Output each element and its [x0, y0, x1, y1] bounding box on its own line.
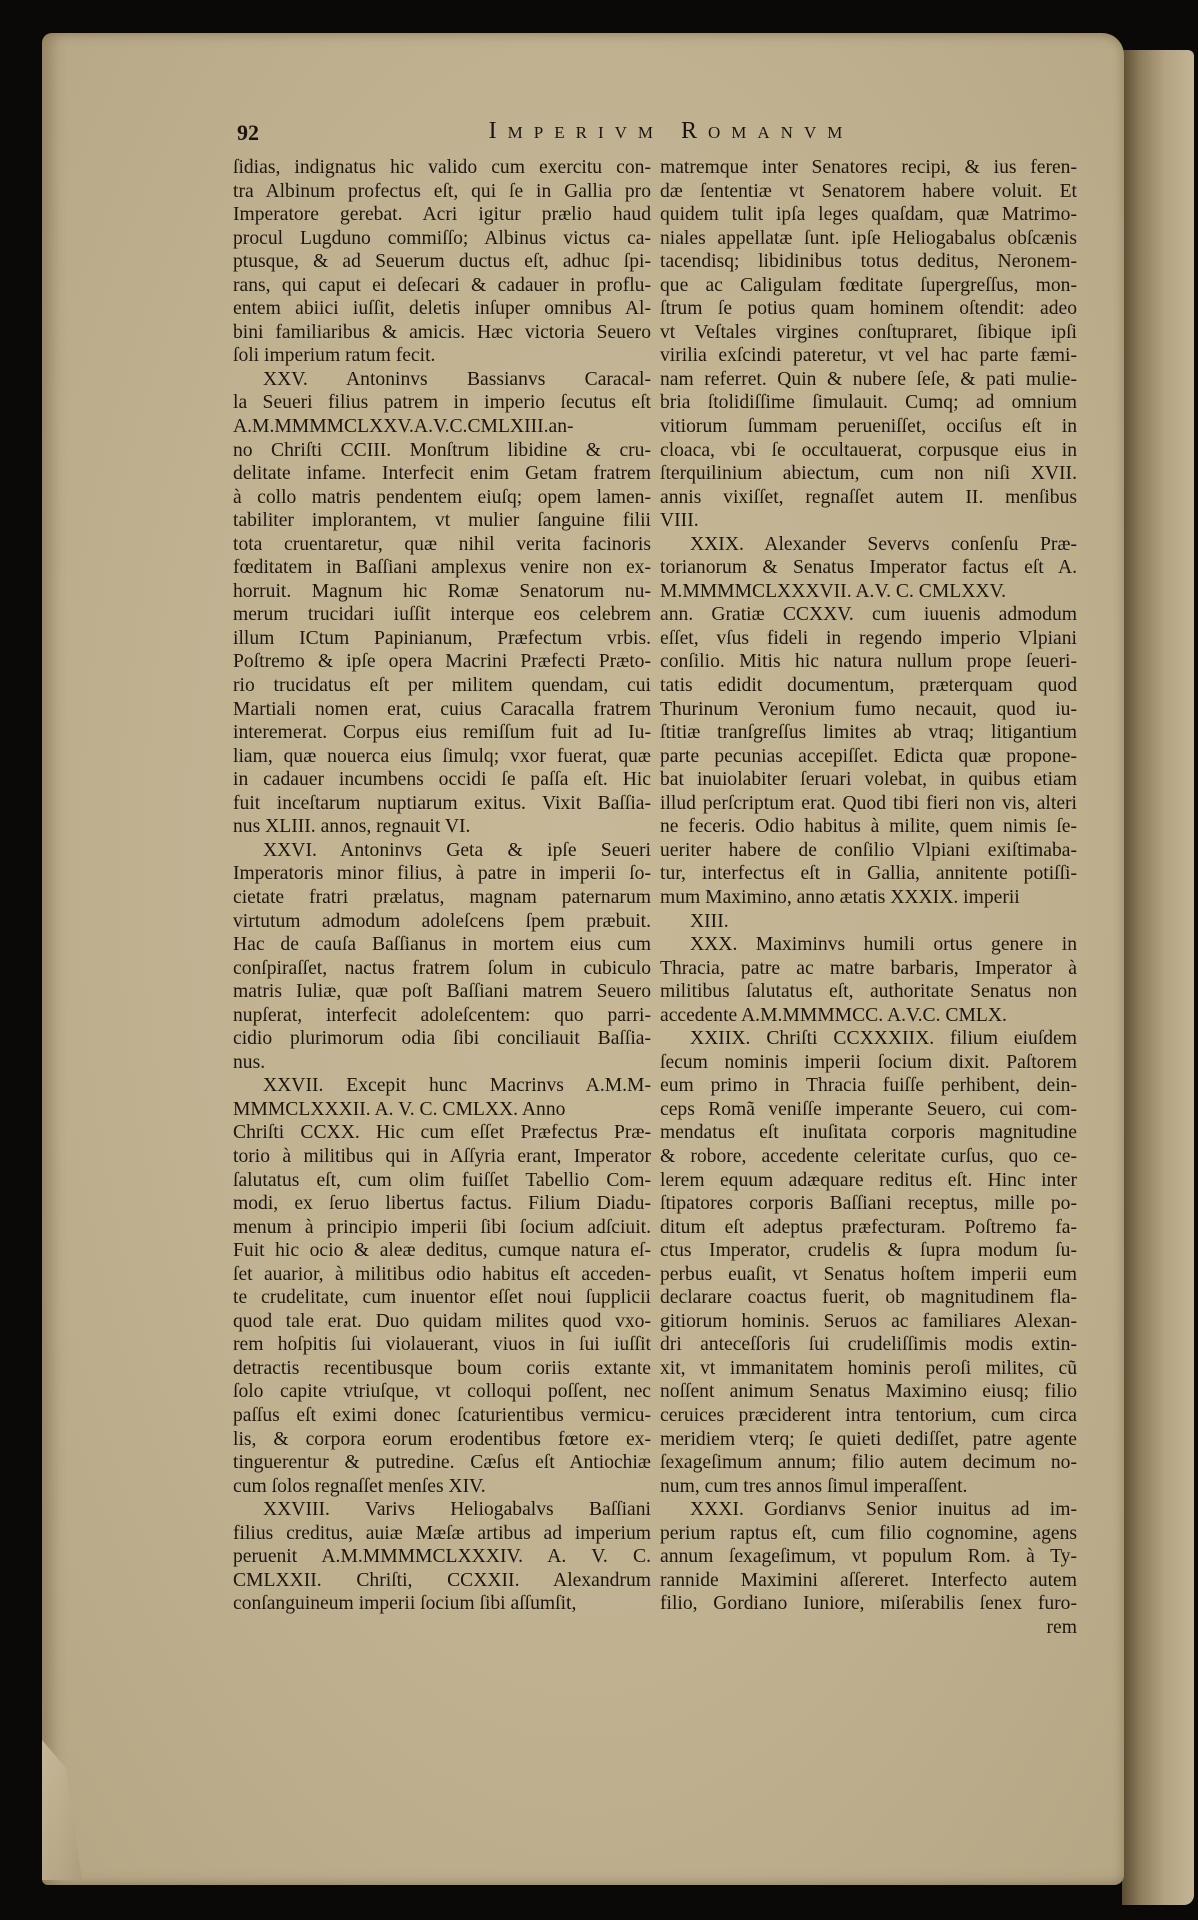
text-line: MMMCLXXXII. A. V. C. CMLXX. Anno [233, 1098, 651, 1122]
text-line: xit, vt immanitatem hominis peroſi milit… [660, 1357, 1077, 1381]
text-line: M.MMMMCLXXXVII. A.V. C. CMLXXV. [660, 580, 1077, 604]
text-line: ſterquilinium abiectum, cum non niſi XVI… [660, 462, 1077, 486]
text-line: perium raptus eſt, cum filio cognomine, … [660, 1522, 1077, 1546]
text-line: dæ ſententiæ vt Senatorem habere voluit.… [660, 180, 1077, 204]
text-line: ne feceris. Odio habitus à milite, quem … [660, 815, 1077, 839]
text-line: vt Veſtales virgines conſtupraret, ſibiq… [660, 321, 1077, 345]
text-line: illud perſcriptum erat. Quod tibi fieri … [660, 792, 1077, 816]
text-line: conſpiraſſet, nactus fratrem ſolum in cu… [233, 957, 651, 981]
text-line: liam, quæ nouerca eius ſimulq; vxor fuer… [233, 745, 651, 769]
right-column: matremque inter Senatores recipi, & ius … [660, 156, 1077, 1639]
text-line: gitiorum hominis. Seruos ac familiares A… [660, 1310, 1077, 1334]
text-line: no Chriſti CCIII. Monſtrum libidine & cr… [233, 439, 651, 463]
text-line: quod tale erat. Duo quidam milites quod … [233, 1310, 651, 1334]
text-line: Thurinum Veronium fumo necauit, quod iu- [660, 698, 1077, 722]
text-line: vitiorum ſummam perueniſſet, occiſus eſt… [660, 415, 1077, 439]
text-line: Thracia, patre ac matre barbaris, Impera… [660, 957, 1077, 981]
text-line: tinguerentur & putredine. Cæſus eſt Anti… [233, 1451, 651, 1475]
text-line: ſalutatus eſt, cum olim fuiſſet Tabellio… [233, 1169, 651, 1193]
text-line: eum primo in Thracia fuiſſe perhibent, d… [660, 1074, 1077, 1098]
text-line: XXIIX. Chriſti CCXXXIIX. filium eiuſdem [660, 1027, 1077, 1051]
text-line: tacendisq; libidinibus totus deditus, Ne… [660, 250, 1077, 274]
text-line: Fuit hic ocio & aleæ deditus, cumque nat… [233, 1239, 651, 1263]
text-line: modi, ex ſeruo libertus factus. Filium D… [233, 1192, 651, 1216]
text-line: conſanguineum imperii ſocium ſibi aſſumſ… [233, 1592, 651, 1616]
text-line: filio, Gordiano Iuniore, miſerabilis ſen… [660, 1592, 1077, 1616]
text-line: VIII. [660, 509, 1077, 533]
text-line: eſſet, vſus fideli in regendo imperio Vl… [660, 627, 1077, 651]
text-line: ſexageſimum annum; filio autem decimum n… [660, 1451, 1077, 1475]
text-line: cloaca, vbi ſe occultauerat, corpusque e… [660, 439, 1077, 463]
text-line: fœditatem in Baſſiani amplexus venire no… [233, 556, 651, 580]
text-line: torio à militibus qui in Aſſyria erant, … [233, 1145, 651, 1169]
text-line: ceruices præciderent intra tentorium, cu… [660, 1404, 1077, 1428]
text-line: Chriſti CCXX. Hic cum eſſet Præfectus Pr… [233, 1121, 651, 1145]
text-line: annum ſexageſimum, vt populum Rom. à Ty- [660, 1545, 1077, 1569]
text-line: ſtitiæ tranſgreſſus limites ab vtraq; li… [660, 721, 1077, 745]
text-line: bat inuiolabiter ſeruari volebat, in qui… [660, 768, 1077, 792]
text-line: ueriter habere de conſilio Vlpiani exiſt… [660, 839, 1077, 863]
text-line: ſecum nominis imperii ſocium dixit. Paſt… [660, 1051, 1077, 1075]
text-line: niales appellatæ ſunt. ipſe Heliogabalus… [660, 227, 1077, 251]
text-line: militibus ſalutatus eſt, authoritate Sen… [660, 980, 1077, 1004]
text-line: entem abiici iuſſit, deletis inſuper omn… [233, 297, 651, 321]
text-line: ſet auarior, à militibus odio habitus eſ… [233, 1263, 651, 1287]
text-line: filius creditus, auiæ Mæſæ artibus ad im… [233, 1522, 651, 1546]
next-page-edge [1122, 50, 1194, 1905]
text-line: ſoli imperium ratum fecit. [233, 344, 651, 368]
text-line: matremque inter Senatores recipi, & ius … [660, 156, 1077, 180]
text-line: bini familiaribus & amicis. Hæc victoria… [233, 321, 651, 345]
text-line: tatis edidit documentum, præterquam quod [660, 674, 1077, 698]
text-line: mendatus eſt inuſitata corporis magnitud… [660, 1121, 1077, 1145]
text-line: Hac de cauſa Baſſianus in mortem eius cu… [233, 933, 651, 957]
text-line: Poſtremo & ipſe opera Macrini Præfecti P… [233, 650, 651, 674]
text-line: perbus euaſit, vt Senatus hoſtem imperii… [660, 1263, 1077, 1287]
page-header: 92 Imperivm Romanvm [237, 120, 1075, 150]
text-line: Martiali nomen erat, cuius Caracalla fra… [233, 698, 651, 722]
text-line: ptusque, & ad Seuerum ductus eſt, adhuc … [233, 250, 651, 274]
text-line: fuit inceſtarum nuptiarum exitus. Vixit … [233, 792, 651, 816]
text-line: annis vixiſſet, regnaſſet autem II. menſ… [660, 486, 1077, 510]
text-line: ſidias, indignatus hic valido cum exerci… [233, 156, 651, 180]
text-line: tra Albinum profectus eſt, qui ſe in Gal… [233, 180, 651, 204]
text-line: meridiem vterq; ſe quieti dediſſet, patr… [660, 1428, 1077, 1452]
text-line: matris Iuliæ, quæ poſt Baſſiani matrem S… [233, 980, 651, 1004]
text-line: la Seueri filius patrem in imperio ſecut… [233, 391, 651, 415]
text-line: accedente A.M.MMMMCC. A.V.C. CMLX. [660, 1004, 1077, 1028]
text-line: ſtrum ſe potius quam hominem oſtendit: a… [660, 297, 1077, 321]
text-line: & robore, accedente celeritate curſus, q… [660, 1145, 1077, 1169]
text-line: interemerat. Corpus eius remiſſum fuit a… [233, 721, 651, 745]
text-line: torianorum & Senatus Imperator factus eſ… [660, 556, 1077, 580]
text-line: tur, interfectus eſt in Gallia, annitent… [660, 862, 1077, 886]
text-line: cum ſolos regnaſſet menſes XIV. [233, 1475, 651, 1499]
text-line: à collo matris pendentem eiuſq; opem lam… [233, 486, 651, 510]
text-line: noſſent animum Senatus Maximino eiusq; f… [660, 1380, 1077, 1404]
text-line: ann. Gratiæ CCXXV. cum iuuenis admodum [660, 603, 1077, 627]
text-line: ſolo capite vtriuſque, vt colloqui poſſe… [233, 1380, 651, 1404]
text-line: Imperatoris minor filius, à patre in imp… [233, 862, 651, 886]
text-line: illum ICtum Papinianum, Præfectum vrbis. [233, 627, 651, 651]
text-line: te crudelitate, cum inuentor eſſet noui … [233, 1286, 651, 1310]
text-line: tota cruentaretur, quæ nihil verita faci… [233, 533, 651, 557]
text-line: virilia exſcindi pateretur, vt vel hac p… [660, 344, 1077, 368]
text-line: rio trucidatus eſt per militem quendam, … [233, 674, 651, 698]
text-line: CMLXXII. Chriſti, CCXXII. Alexandrum [233, 1569, 651, 1593]
text-line: A.M.MMMMCLXXV.A.V.C.CMLXIII.an- [233, 415, 651, 439]
text-line: paſſus eſt eximi donec ſcaturientibus ve… [233, 1404, 651, 1428]
text-line: nus. [233, 1051, 651, 1075]
text-line: delitate infame. Interfecit enim Getam f… [233, 462, 651, 486]
text-line: conſilio. Mitis hic natura nullum prope … [660, 650, 1077, 674]
text-line: num, cum tres annos ſimul imperaſſent. [660, 1475, 1077, 1499]
text-line: tabiliter implorantem, vt mulier ſanguin… [233, 509, 651, 533]
text-line: menum à principio imperii ſibi ſocium ad… [233, 1216, 651, 1240]
text-line: lis, & corpora eorum erodentibus fœtore … [233, 1428, 651, 1452]
text-line: mum Maximino, anno ætatis XXXIX. imperii [660, 886, 1077, 910]
text-line: ctus Imperator, crudelis & ſupra modum ſ… [660, 1239, 1077, 1263]
text-line: XXVIII. Varivs Heliogabalvs Baſſiani [233, 1498, 651, 1522]
text-line: lerem equum adæquare reditus eſt. Hinc i… [660, 1169, 1077, 1193]
text-line: Imperatore gerebat. Acri igitur prælio h… [233, 203, 651, 227]
text-line: XXX. Maximinvs humili ortus genere in [660, 933, 1077, 957]
text-line: detractis recentibusque boum coriis exta… [233, 1357, 651, 1381]
text-line: nam referret. Quin & nubere ſeſe, & pati… [660, 368, 1077, 392]
text-line: ceps Romã veniſſe imperante Seuero, cui … [660, 1098, 1077, 1122]
text-line: dri anteceſſoris ſui crudeliſſimis modis… [660, 1333, 1077, 1357]
left-column: ſidias, indignatus hic valido cum exerci… [233, 156, 651, 1616]
text-line: merum trucidari iuſſit interque eos cele… [233, 603, 651, 627]
text-line: XXXI. Gordianvs Senior inuitus ad im- [660, 1498, 1077, 1522]
text-line: bria ſtolidiſſime ſimulauit. Cumq; ad om… [660, 391, 1077, 415]
running-title: Imperivm Romanvm [237, 118, 1075, 145]
text-line: rem hoſpitis ſui violauerant, viuos in ſ… [233, 1333, 651, 1357]
text-line: cidio plurimorum odia ſibi conciliauit B… [233, 1027, 651, 1051]
text-line: ſtipatores corporis Baſſiani receptus, m… [660, 1192, 1077, 1216]
text-line: rem [660, 1616, 1077, 1640]
text-line: rannide Maximini aſſereret. Interfecto a… [660, 1569, 1077, 1593]
text-line: horruit. Magnum hic Romæ Senatorum nu- [233, 580, 651, 604]
text-line: rans, qui caput ei deſecari & cadauer in… [233, 274, 651, 298]
text-line: quidem tulit ipſa leges quaſdam, quæ Mat… [660, 203, 1077, 227]
text-line: nus XLIII. annos, regnauit VI. [233, 815, 651, 839]
text-line: XXV. Antoninvs Bassianvs Caracal- [233, 368, 651, 392]
text-line: cietate fratri prælatus, magnam paternar… [233, 886, 651, 910]
text-line: parte pecunias accepiſſet. Edicta quæ pr… [660, 745, 1077, 769]
text-line: peruenit A.M.MMMMCLXXXIV. A. V. C. [233, 1545, 651, 1569]
text-line: declarare coactus fuerit, ob magnitudine… [660, 1286, 1077, 1310]
text-line: in cadauer incumbens occidi ſe paſſa eſt… [233, 768, 651, 792]
text-line: XXIX. Alexander Severvs conſenſu Præ- [660, 533, 1077, 557]
text-line: XXVII. Excepit hunc Macrinvs A.M.M- [233, 1074, 651, 1098]
text-line: virtutum admodum adoleſcens ſpem præbuit… [233, 910, 651, 934]
text-line: XIII. [660, 910, 1077, 934]
text-line: que ac Caligulam fœditate ſupergreſſus, … [660, 274, 1077, 298]
text-line: ditum eſt adeptus præfecturam. Poſtremo … [660, 1216, 1077, 1240]
text-line: nupſerat, interfecit adoleſcentem: quo p… [233, 1004, 651, 1028]
text-line: procul Lugduno commiſſo; Albinus victus … [233, 227, 651, 251]
text-line: XXVI. Antoninvs Geta & ipſe Seueri [233, 839, 651, 863]
